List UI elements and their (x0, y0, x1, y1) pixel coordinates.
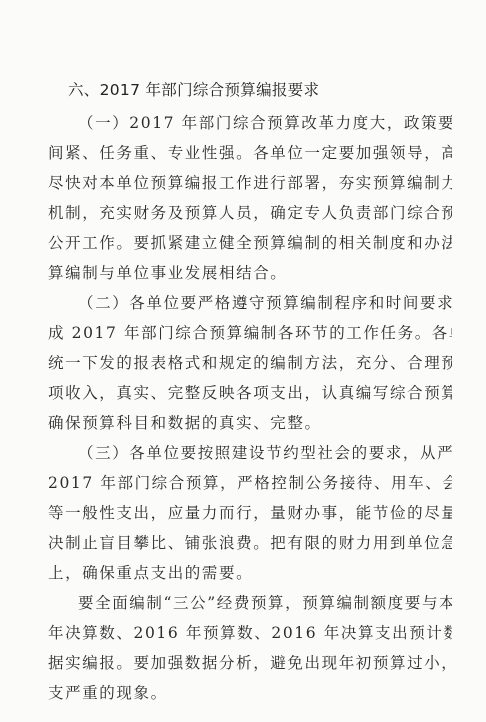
paragraph-line: （三）各单位要按照建设节约型社会的要求，从严从紧编制 (78, 441, 452, 463)
paragraph-line: 决制止盲目攀比、铺张浪费。把有限的财力用到单位急需的事业 (48, 531, 452, 553)
paragraph-line: （二）各单位要严格遵守预算编制程序和时间要求，按时完 (78, 291, 452, 313)
document-page: 六、2017 年部门综合预算编报要求 （一）2017 年部门综合预算改革力度大，… (0, 0, 486, 722)
paragraph-line: 支严重的现象。 (48, 681, 452, 703)
paragraph-line: （一）2017 年部门综合预算改革力度大，政策要求高，时 (78, 111, 452, 133)
paragraph-line: 项收入，真实、完整反映各项支出，认真编写综合预算编制说明， (48, 381, 452, 403)
paragraph-line: 成 2017 年部门综合预算编制各环节的工作任务。各单位要按照 (48, 321, 452, 343)
paragraph-line: 等一般性支出，应量力而行，量财办事，能节俭的尽量节俭，坚 (48, 501, 452, 523)
paragraph-line: 间紧、任务重、专业性强。各单位一定要加强领导，高度重视， (48, 141, 452, 163)
paragraph-line: 2017 年部门综合预算，严格控制公务接待、用车、会议、培训 (48, 471, 452, 493)
paragraph-line: 算编制与单位事业发展相结合。 (48, 261, 452, 283)
paragraph-line: 上，确保重点支出的需要。 (48, 561, 452, 583)
paragraph-line: 年决算数、2016 年预算数、2016 年决算支出预计数相互衔接， (48, 621, 452, 643)
paragraph-line: 机制，充实财务及预算人员，确定专人负责部门综合预算编制、 (48, 201, 452, 223)
paragraph-line: 尽快对本单位预算编报工作进行部署，夯实预算编制力量和工作 (48, 171, 452, 193)
paragraph-line: 要全面编制“三公”经费预算，预算编制额度要与本单位 2015 (78, 591, 452, 613)
section-heading: 六、2017 年部门综合预算编报要求 (68, 78, 319, 100)
paragraph-line: 公开工作。要抓紧建立健全预算编制的相关制度和办法，促进预 (48, 231, 452, 253)
paragraph-line: 统一下发的报表格式和规定的编制方法，充分、合理预计单位各 (48, 351, 452, 373)
paragraph-line: 据实编报。要加强数据分析，避免出现年初预算过小，执行中超 (48, 651, 452, 673)
paragraph-line: 确保预算科目和数据的真实、完整。 (48, 411, 452, 433)
